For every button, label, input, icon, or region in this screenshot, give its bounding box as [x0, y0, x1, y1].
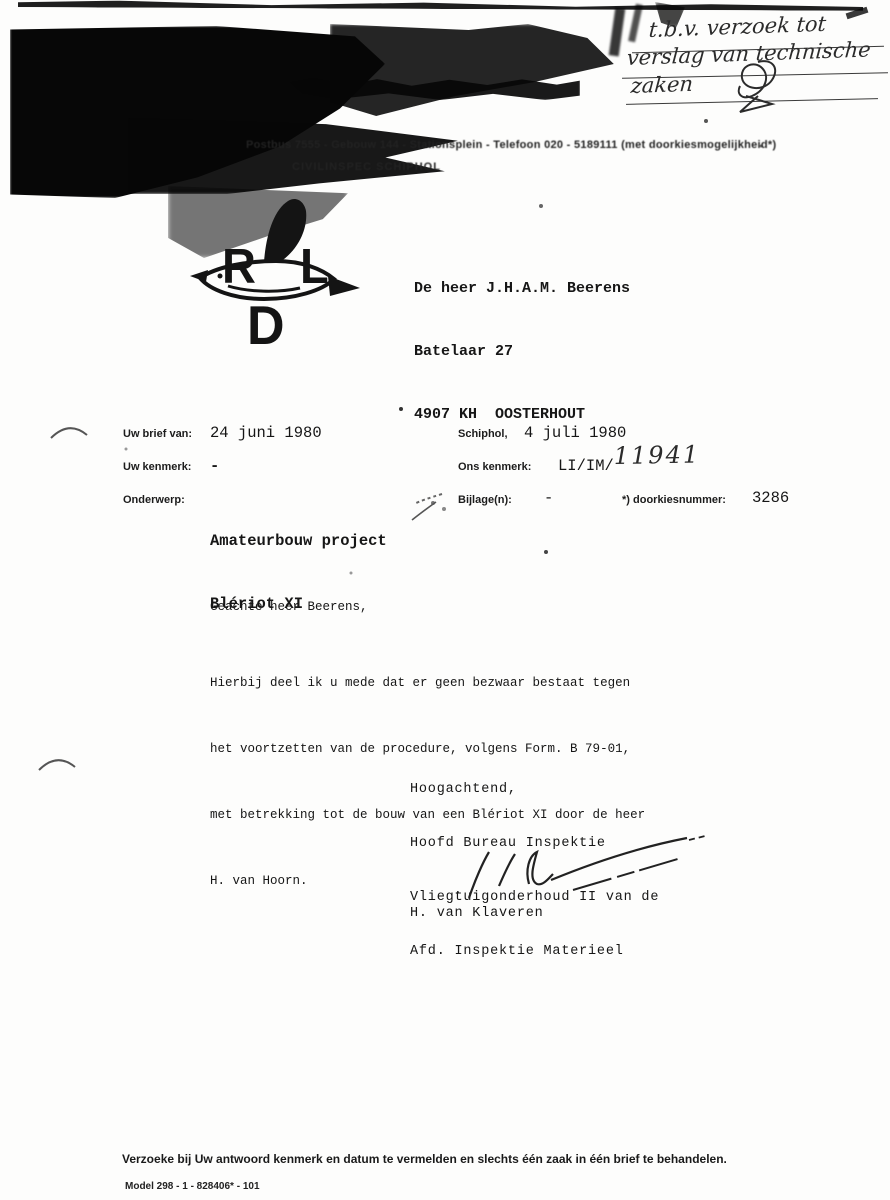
letterhead-telegraph-line: CIVILINSPEC SCHIPHOL	[292, 161, 441, 173]
uw-brief-van-value: 24 juni 1980	[210, 424, 322, 442]
footer-note: Verzoeke bij Uw antwoord kenmerk en datu…	[122, 1152, 727, 1166]
datum-value: 4 juli 1980	[524, 424, 626, 442]
handwritten-note-line1: t.b.v. verzoek tot	[648, 12, 827, 42]
addressee-street: Batelaar 27	[414, 341, 630, 362]
uw-brief-van-label: Uw brief van:	[123, 428, 192, 440]
doorkiesnummer-value: 3286	[752, 489, 789, 507]
margin-pen-arc	[38, 756, 76, 774]
signature-handwriting	[455, 828, 710, 903]
footer-model-number: Model 298 - 1 - 828406* - 101	[125, 1181, 260, 1192]
toner-streak	[609, 8, 626, 57]
uw-kenmerk-label: Uw kenmerk:	[123, 461, 191, 473]
doorkiesnummer-label: *) doorkiesnummer:	[622, 494, 726, 506]
scan-edge-stripe	[18, 0, 863, 11]
ons-kenmerk-value: LI/IM/	[558, 457, 614, 475]
onderwerp-label: Onderwerp:	[123, 494, 185, 506]
scanned-letter-page: t.b.v. verzoek tot verslag van technisch…	[0, 0, 890, 1200]
paraph-initials-scribble	[728, 56, 786, 116]
margin-pen-arc	[50, 424, 88, 442]
toner-smudge-lower	[128, 118, 458, 194]
body-line: Hierbij deel ik u mede dat er geen bezwa…	[210, 672, 645, 694]
plaats-label: Schiphol,	[458, 428, 508, 440]
addressee-city: 4907 KH OOSTERHOUT	[414, 404, 630, 425]
uw-kenmerk-value: -	[210, 457, 219, 475]
letterhead-contact-line: Postbus 7555 - Gebouw 144 - Stationsplei…	[246, 139, 776, 151]
logo-letter-d: D	[247, 295, 285, 358]
closing-line: Hoogachtend,	[410, 781, 659, 799]
scan-specks	[0, 0, 2, 2]
ons-kenmerk-handwritten-number: 11941	[614, 440, 701, 470]
logo-letter-l: L	[300, 237, 329, 295]
bijlage-label: Bijlage(n):	[458, 494, 512, 506]
salutation: Geachte heer Beerens,	[210, 596, 368, 618]
logo-letter-r: R	[222, 237, 256, 295]
ons-kenmerk-label: Ons kenmerk:	[458, 461, 531, 473]
onderwerp-line1: Amateurbouw project	[210, 531, 387, 552]
signer-name: H. van Klaveren	[410, 905, 544, 923]
closing-line: Afd. Inspektie Materieel	[410, 943, 659, 961]
handwritten-note-line3: zaken	[630, 72, 694, 98]
addressee-name: De heer J.H.A.M. Beerens	[414, 278, 630, 299]
pen-mark-squiggle	[392, 492, 448, 522]
bijlage-value: -	[544, 489, 553, 507]
